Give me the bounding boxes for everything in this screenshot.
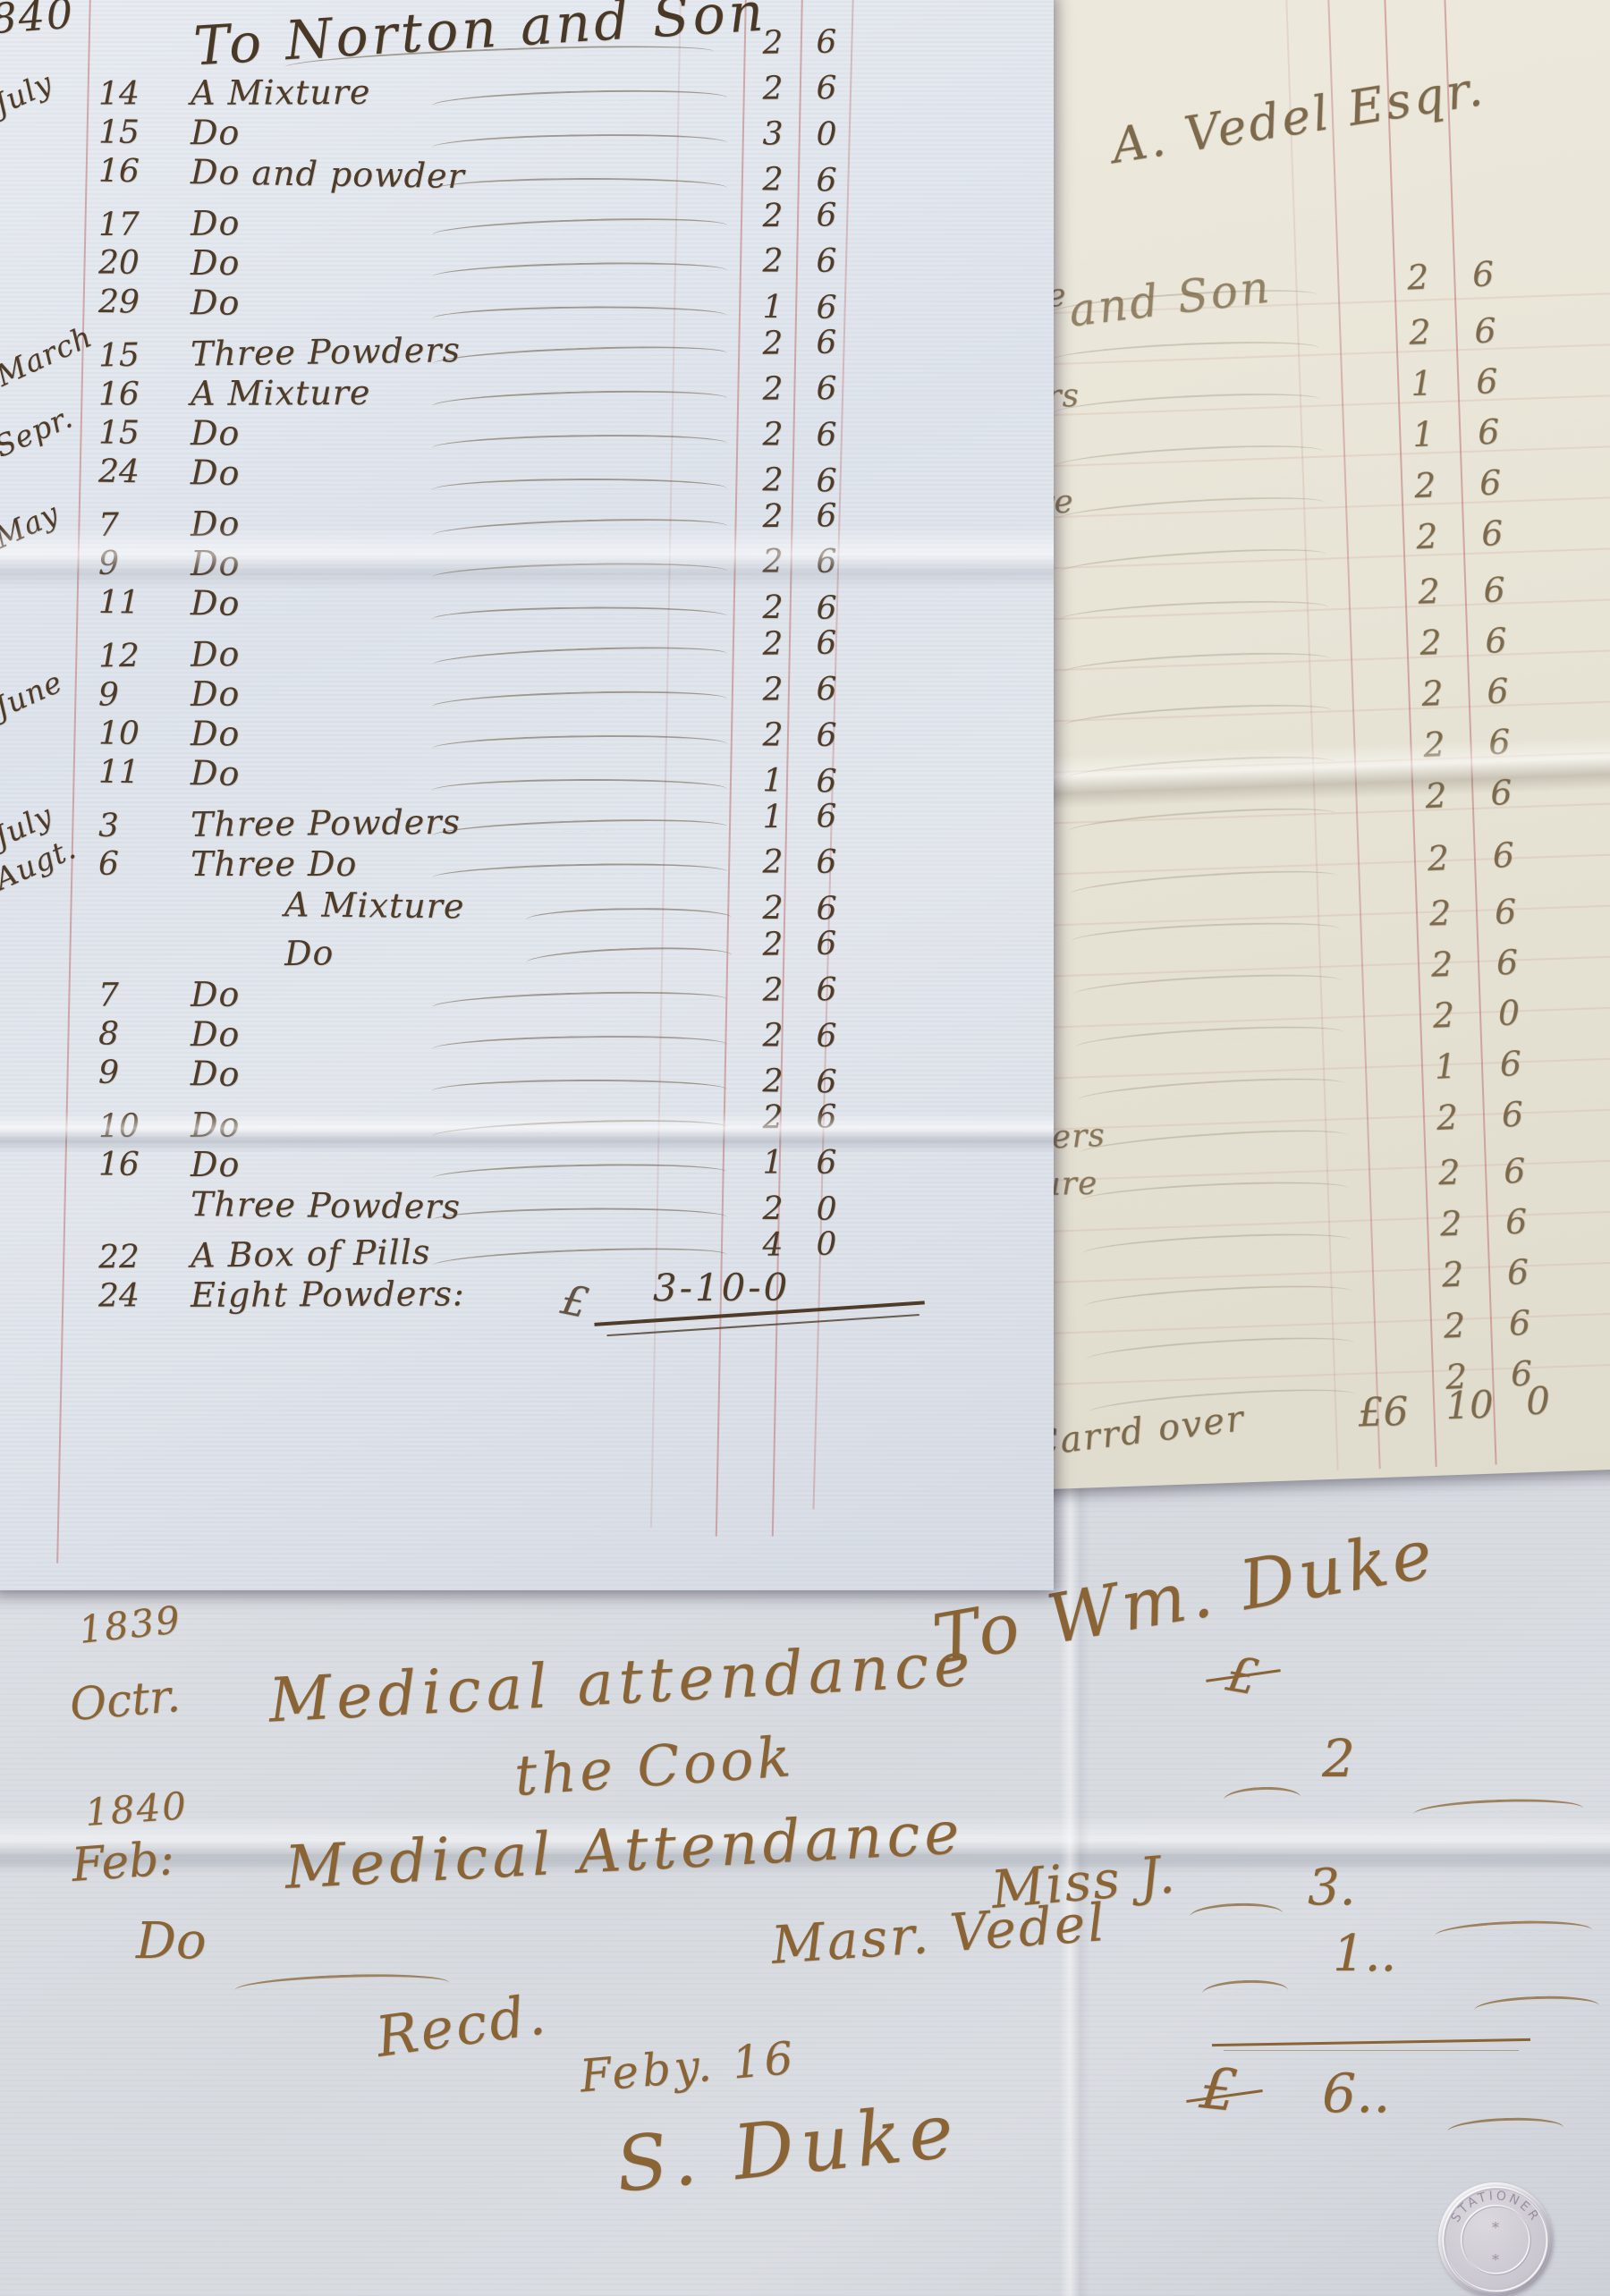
entry-description: Three Powders bbox=[191, 1184, 461, 1226]
entry-patient: Masr. Vedel bbox=[769, 1892, 1109, 1976]
ledger-row: 16A Mixture26 bbox=[0, 369, 1054, 418]
amount-shillings: 2 bbox=[1392, 257, 1444, 298]
ink-dash bbox=[234, 1971, 449, 1990]
amount-shillings: 2 bbox=[1427, 1254, 1479, 1295]
ink-dash bbox=[432, 778, 727, 791]
entry-day: 29 bbox=[98, 284, 140, 320]
amount-pence: 6 bbox=[1478, 835, 1529, 876]
entry-day: 16 bbox=[98, 1147, 140, 1183]
amount-pence: 0 bbox=[805, 1190, 848, 1228]
ink-dash bbox=[432, 1116, 727, 1136]
ink-dash bbox=[432, 515, 727, 535]
amount-pence: 6 bbox=[805, 289, 848, 326]
ink-dash bbox=[432, 177, 727, 190]
amount-shillings: 2 bbox=[750, 243, 796, 280]
ink-dash bbox=[1413, 1797, 1583, 1815]
ink-dash bbox=[1086, 1333, 1354, 1360]
amount-shillings: 1 bbox=[1398, 414, 1450, 455]
embossed-stationer-seal: STATIONER * * bbox=[1438, 2182, 1553, 2296]
ink-dash bbox=[1190, 1902, 1283, 1917]
ink-dash bbox=[1082, 1229, 1351, 1253]
amount-shillings: 1 bbox=[750, 799, 796, 836]
entry-day: 16 bbox=[98, 376, 140, 412]
amount-shillings: 2 bbox=[1403, 572, 1454, 612]
amount-pence: 6 bbox=[1470, 620, 1521, 661]
pound-sign: £ bbox=[1197, 2055, 1240, 2125]
ink-dash bbox=[432, 387, 727, 406]
ledger-row: 10Do26 bbox=[0, 1097, 1054, 1150]
amount-pence: 6 bbox=[805, 971, 848, 1008]
amount-pence: 6 bbox=[1460, 310, 1511, 351]
amount-pence: 6 bbox=[805, 544, 848, 580]
ink-dash bbox=[1447, 2116, 1563, 2132]
amount-pence: 6 bbox=[805, 925, 849, 962]
amount-pence: 0 bbox=[1483, 993, 1535, 1034]
ink-dash bbox=[1224, 1786, 1301, 1800]
ink-dash bbox=[432, 1162, 727, 1179]
entry-day: 7 bbox=[98, 507, 119, 544]
ink-dash bbox=[284, 41, 714, 68]
svg-text:*: * bbox=[1492, 2219, 1499, 2236]
amount-pence: 6 bbox=[1464, 462, 1516, 504]
entry-day: 22 bbox=[98, 1239, 140, 1276]
entry-description: Do bbox=[191, 975, 241, 1014]
amount-shillings: 2 bbox=[1424, 1152, 1475, 1192]
ledger-row: May7Do26 bbox=[0, 496, 1054, 549]
sum-line bbox=[1212, 2038, 1530, 2046]
amount-shillings: 2 bbox=[750, 1017, 796, 1054]
amount-pence: 6 bbox=[805, 890, 848, 928]
entry-description: Do bbox=[191, 634, 241, 674]
ledger-row: 17Do26 bbox=[0, 195, 1054, 249]
entry-description: Do bbox=[191, 203, 241, 243]
amount-shillings: 2 bbox=[750, 24, 797, 62]
amount-pence: 6 bbox=[805, 763, 849, 801]
amount-pence: 6 bbox=[805, 417, 848, 453]
amount-shillings: 2 bbox=[1426, 1203, 1477, 1244]
ink-dash bbox=[1080, 1178, 1348, 1201]
ledger-row: 20Do26 bbox=[0, 243, 1054, 286]
amount-pence: 6 bbox=[805, 624, 849, 662]
amount-pence: 6 bbox=[1463, 411, 1515, 453]
ink-dash bbox=[1071, 919, 1339, 942]
amount-shillings: 2 bbox=[750, 1099, 796, 1137]
amount-shillings: 1 bbox=[1419, 1046, 1471, 1087]
ink-dash bbox=[1079, 1124, 1347, 1153]
ink-dash bbox=[1067, 803, 1335, 832]
ledger-row: 9Do26 bbox=[0, 544, 1054, 587]
ink-dash bbox=[432, 215, 727, 234]
entry-day: 10 bbox=[98, 716, 140, 752]
entry-day: 12 bbox=[98, 638, 140, 675]
entry-description: Three Do bbox=[191, 844, 357, 884]
amount-pence: 0 bbox=[805, 1225, 849, 1263]
entry-description: Do bbox=[191, 714, 241, 753]
amount-pence: 6 bbox=[1469, 570, 1520, 610]
photograph-of-documents: A. Vedel Esqr. Norton and Son Mixture262… bbox=[0, 0, 1610, 2296]
carried-pounds: £6 bbox=[1358, 1389, 1410, 1436]
ink-dash bbox=[1053, 389, 1321, 413]
ink-dash bbox=[432, 1244, 727, 1266]
amount-pence: 6 bbox=[1487, 1094, 1538, 1135]
svg-text:*: * bbox=[1492, 2251, 1499, 2268]
entry-service: Medical attendance bbox=[267, 1629, 977, 1736]
entry-month: Do bbox=[136, 1912, 207, 1970]
entry-day: 16 bbox=[98, 153, 140, 191]
amount-shillings: 2 bbox=[1409, 724, 1461, 765]
ink-dash bbox=[432, 1207, 727, 1220]
amount-pence: 6 bbox=[805, 324, 849, 361]
ink-dash bbox=[432, 561, 727, 578]
ink-dash bbox=[432, 643, 727, 665]
entry-day: 20 bbox=[98, 245, 140, 282]
entry-day: 15 bbox=[98, 415, 140, 452]
ink-dash bbox=[1049, 284, 1318, 313]
entry-day: 14 bbox=[98, 75, 140, 112]
amount-shillings: 2 bbox=[1412, 837, 1464, 878]
entry-description: Do bbox=[191, 283, 241, 323]
entry-description: A Mixture bbox=[191, 373, 371, 413]
entry-day: 15 bbox=[98, 337, 140, 375]
amount-shillings: 2 bbox=[750, 544, 796, 580]
entry-description: Eight Powders: bbox=[191, 1274, 465, 1315]
entry-description: Do bbox=[191, 544, 240, 583]
entry-patient: the Cook bbox=[513, 1724, 796, 1809]
ledger-row: 16Do16 bbox=[0, 1145, 1054, 1188]
amount-pence: 6 bbox=[805, 844, 848, 881]
ledger-row: July3Three Powders16 bbox=[0, 796, 1054, 850]
amount-pence: 6 bbox=[1480, 892, 1531, 932]
ink-dash bbox=[432, 343, 727, 364]
entry-amount: 3. bbox=[1308, 1859, 1355, 1917]
ink-dash bbox=[432, 1034, 727, 1049]
entry-description: Do bbox=[191, 243, 240, 283]
amount-shillings: 2 bbox=[1428, 1305, 1480, 1346]
ink-dash bbox=[526, 945, 732, 962]
entry-day: 3 bbox=[98, 808, 119, 844]
amount-shillings: 2 bbox=[1418, 995, 1470, 1036]
amount-shillings: 2 bbox=[1421, 1097, 1473, 1138]
entry-year: 1840 bbox=[83, 1783, 189, 1834]
entry-description: Do bbox=[191, 583, 241, 623]
ink-dash bbox=[1084, 1281, 1352, 1307]
amount-pence: 6 bbox=[1485, 1043, 1537, 1084]
amount-pence: 6 bbox=[1491, 1201, 1542, 1242]
amount-pence: 6 bbox=[805, 798, 848, 835]
entry-description: Do and powder bbox=[191, 152, 465, 196]
amount-pence: 6 bbox=[1492, 1252, 1544, 1293]
entry-description: Three Powders bbox=[191, 330, 462, 374]
ink-dash bbox=[526, 907, 732, 919]
ink-dash bbox=[432, 1079, 727, 1091]
amount-pence: 6 bbox=[1489, 1151, 1540, 1191]
amount-pence: 6 bbox=[1462, 361, 1513, 402]
amount-pence: 6 bbox=[1472, 671, 1524, 712]
ink-dash bbox=[432, 478, 727, 490]
entry-day: 15 bbox=[98, 114, 140, 151]
entry-description: A Mixture bbox=[284, 885, 465, 926]
entry-description: Do bbox=[191, 1105, 241, 1145]
amount-pence: 6 bbox=[805, 1063, 849, 1101]
ledger-row: 7Do26 bbox=[0, 970, 1054, 1019]
ledger-row: 24Eight Powders:£3-10-0 bbox=[0, 1271, 1054, 1319]
entry-description: Do bbox=[191, 1145, 240, 1184]
ink-dash bbox=[432, 305, 727, 318]
entry-day: 17 bbox=[98, 206, 140, 242]
amount-pence: 6 bbox=[805, 1145, 848, 1182]
entry-description: A Box of Pills bbox=[191, 1233, 431, 1275]
amount-pence: 6 bbox=[805, 370, 848, 407]
amount-shillings: 2 bbox=[750, 926, 797, 963]
ink-dash bbox=[1056, 492, 1325, 519]
entry-description: Do bbox=[191, 413, 241, 453]
amount-shillings: 2 bbox=[750, 1190, 796, 1228]
ink-dash bbox=[1051, 337, 1319, 360]
amount-shillings: 2 bbox=[750, 416, 796, 453]
ink-dash bbox=[432, 260, 727, 277]
sum-line bbox=[1224, 2050, 1519, 2051]
amount-pence: 6 bbox=[805, 497, 848, 535]
amount-shillings: 1 bbox=[750, 1145, 796, 1182]
entry-day: 11 bbox=[98, 754, 140, 792]
entry-description: A Mixture bbox=[191, 72, 371, 113]
amount-pence: 6 bbox=[805, 243, 848, 280]
entry-month: Feb: bbox=[70, 1832, 176, 1893]
amount-shillings: 2 bbox=[750, 1063, 797, 1100]
entry-description: Do bbox=[191, 753, 241, 793]
entry-day: 9 bbox=[98, 676, 119, 713]
signature: S. Duke bbox=[612, 2086, 964, 2209]
ink-dash bbox=[1202, 1978, 1288, 1993]
amount-shillings: 2 bbox=[1415, 893, 1466, 933]
amount-pence: 6 bbox=[805, 589, 848, 627]
entry-year: 1839 bbox=[77, 1597, 183, 1652]
ink-dash bbox=[1065, 751, 1334, 778]
amount-pence: 6 bbox=[805, 162, 849, 199]
ink-dash bbox=[1077, 1073, 1345, 1100]
ink-dash bbox=[1072, 970, 1341, 994]
amount-shillings: 3 bbox=[750, 115, 796, 152]
ink-dash bbox=[1062, 648, 1330, 673]
ink-dash bbox=[1063, 699, 1332, 725]
pound-flourish: £ bbox=[557, 1275, 593, 1327]
ink-dash bbox=[1055, 440, 1323, 466]
amount-shillings: 2 bbox=[750, 370, 796, 407]
amount-pence: 6 bbox=[805, 197, 848, 234]
amount-pence: 6 bbox=[805, 1018, 848, 1055]
amount-shillings: 2 bbox=[1399, 465, 1451, 506]
amount-pence: 6 bbox=[805, 1098, 848, 1136]
ink-dash bbox=[1075, 1021, 1343, 1047]
amount-shillings: 2 bbox=[750, 161, 797, 199]
carried-over-label: Carrd over bbox=[1029, 1398, 1247, 1465]
ledger-row: June9Do26 bbox=[0, 670, 1054, 718]
amount-pence: 6 bbox=[805, 70, 848, 106]
amount-shillings: 2 bbox=[750, 716, 796, 753]
amount-pence: 6 bbox=[805, 671, 848, 707]
entry-day: 24 bbox=[98, 1277, 140, 1314]
ink-dash bbox=[1474, 1995, 1599, 2011]
amount-pence: 6 bbox=[1466, 513, 1518, 554]
ink-dash bbox=[432, 816, 727, 835]
entry-day: 6 bbox=[98, 846, 119, 883]
entry-service: Medical Attendance bbox=[284, 1798, 966, 1902]
ledger-row: Augt.6Three Do26 bbox=[0, 844, 1054, 887]
carried-pence: 0 bbox=[1525, 1378, 1550, 1423]
amount-shillings: 2 bbox=[750, 971, 796, 1008]
amount-pence: 6 bbox=[805, 717, 848, 754]
ink-dash bbox=[1060, 597, 1328, 620]
entry-amount: 1.. bbox=[1333, 1925, 1396, 1983]
amount-shillings: 2 bbox=[1407, 674, 1459, 715]
amount-pence: 6 bbox=[1475, 772, 1527, 813]
entry-day: 24 bbox=[98, 453, 140, 491]
entry-description: Do bbox=[191, 504, 241, 544]
received-date: Feby. 16 bbox=[578, 2032, 799, 2103]
received-label: Recd. bbox=[372, 1981, 552, 2070]
ink-dash bbox=[432, 688, 727, 707]
entry-day: 10 bbox=[98, 1107, 140, 1144]
ledger-row: July14A Mixture26 bbox=[0, 69, 1054, 117]
amount-shillings: 2 bbox=[750, 498, 796, 536]
amount-shillings: 2 bbox=[750, 325, 797, 362]
amount-pence: 6 bbox=[1481, 942, 1532, 983]
entry-day: 11 bbox=[98, 584, 140, 621]
amount-pence: 6 bbox=[805, 23, 849, 61]
amount-shillings: 2 bbox=[750, 462, 797, 499]
amount-shillings: 2 bbox=[750, 589, 796, 627]
entry-day: 7 bbox=[98, 977, 119, 1013]
amount-shillings: 1 bbox=[750, 289, 796, 326]
entry-amount: 2 bbox=[1322, 1728, 1355, 1789]
entry-description: Do bbox=[284, 933, 335, 973]
amount-shillings: 1 bbox=[750, 762, 797, 800]
amount-pence: 6 bbox=[1474, 722, 1526, 763]
amount-pence: 6 bbox=[1457, 253, 1509, 294]
entry-day: 9 bbox=[98, 546, 119, 582]
ink-dash bbox=[1435, 1919, 1592, 1936]
amount-pence: 6 bbox=[805, 462, 849, 500]
amount-shillings: 2 bbox=[1394, 312, 1445, 352]
carried-shillings: 10 bbox=[1445, 1383, 1494, 1428]
amount-pence: 6 bbox=[1494, 1302, 1546, 1343]
amount-shillings: 2 bbox=[1410, 775, 1462, 816]
entry-description: Do bbox=[191, 453, 241, 493]
norton-bill-sheet: 1840 To Norton and Son 26July14A Mixture… bbox=[0, 0, 1054, 1590]
ink-dash bbox=[432, 733, 727, 749]
bill-addressee: A. Vedel Esqr. bbox=[1108, 60, 1489, 174]
ink-dash bbox=[432, 861, 727, 878]
entry-description: Do bbox=[191, 674, 241, 714]
ink-dash bbox=[432, 132, 727, 148]
amount-shillings: 2 bbox=[1416, 944, 1467, 985]
amount-shillings: 2 bbox=[750, 625, 797, 663]
amount-shillings: 1 bbox=[1396, 363, 1447, 404]
entry-description: Do bbox=[191, 113, 241, 152]
entry-day: 9 bbox=[98, 1055, 120, 1091]
amount-shillings: 2 bbox=[750, 844, 796, 881]
entry-description: Do bbox=[191, 1054, 241, 1094]
amount-pence: 0 bbox=[805, 116, 848, 153]
received-amount: 6.. bbox=[1322, 2063, 1390, 2125]
amount-shillings: 2 bbox=[1401, 516, 1453, 557]
entry-month: Octr. bbox=[68, 1670, 182, 1732]
ink-dash bbox=[432, 87, 727, 106]
entry-day: 8 bbox=[98, 1016, 119, 1053]
entry-description: Three Powders bbox=[191, 802, 461, 844]
ink-dash bbox=[1070, 866, 1338, 894]
amount-shillings: 2 bbox=[750, 671, 796, 707]
ink-dash bbox=[1058, 544, 1326, 572]
amount-shillings: 2 bbox=[1405, 623, 1456, 664]
amount-shillings: 2 bbox=[750, 198, 796, 235]
ink-dash bbox=[432, 433, 727, 448]
amount-shillings: 2 bbox=[750, 890, 796, 928]
ink-dash bbox=[432, 606, 727, 619]
bill-total-amount: 3-10-0 bbox=[653, 1265, 791, 1309]
amount-shillings: 4 bbox=[750, 1226, 797, 1264]
ink-dash bbox=[432, 988, 727, 1007]
amount-shillings: 2 bbox=[750, 70, 796, 106]
entry-description: Do bbox=[191, 1014, 241, 1054]
